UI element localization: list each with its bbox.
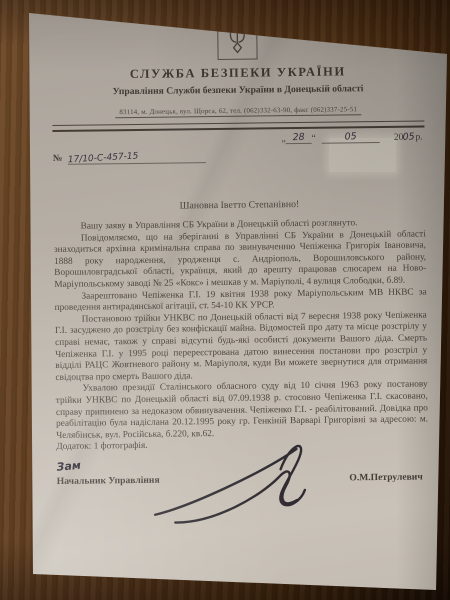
address-line: 83114, м. Донецьк, вул. Щорса, 62, тел. … <box>115 106 361 118</box>
year-suffix: р. <box>415 132 422 142</box>
handwritten-year: 05 <box>402 131 415 143</box>
letter-content: СЛУЖБА БЕЗПЕКИ УКРАЇНИ Управління Служби… <box>51 5 429 539</box>
signature-scrawl <box>148 435 309 529</box>
photo-wood-table-background: СЛУЖБА БЕЗПЕКИ УКРАЇНИ Управління Служби… <box>0 0 450 600</box>
document-paper: СЛУЖБА БЕЗПЕКИ УКРАЇНИ Управління Служби… <box>0 0 450 600</box>
department-name: Управління Служби безпеки України в Доне… <box>52 82 424 98</box>
signature-block: Зам Начальник Управління О.М.Петрулевич <box>57 465 430 540</box>
paragraph: Постановою трійки УНКВС по Донецькій обл… <box>55 310 428 384</box>
org-name: СЛУЖБА БЕЗПЕКИ УКРАЇНИ <box>52 63 424 83</box>
handwritten-month: 05 <box>345 131 358 143</box>
address-row: 83114, м. Донецьк, вул. Щорса, 62, тел. … <box>52 97 424 120</box>
tryzub-coat-of-arms-icon <box>217 11 258 59</box>
salutation: Шановна Іветто Степанівно! <box>53 197 425 213</box>
date-quote-close: “ <box>312 134 316 144</box>
handwritten-annotation: Зам <box>56 459 81 474</box>
letter-body: Вашу заяву в Управління СБ України в Дон… <box>54 217 429 453</box>
letterhead: СЛУЖБА БЕЗПЕКИ УКРАЇНИ Управління Служби… <box>51 9 424 132</box>
paragraph: Ухвалою президії Сталінського обласного … <box>56 380 429 443</box>
date-row: „ 28 “ 05 2005р. <box>53 130 425 147</box>
handwritten-number: 17/10-С-457-15 <box>68 151 139 165</box>
reference-number-row: № 17/10-С-457-15 <box>53 149 425 165</box>
number-field: 17/10-С-457-15 <box>68 152 206 165</box>
date-year-field: 2005р. <box>394 131 423 142</box>
date-month-field: 05 <box>322 131 380 144</box>
handwritten-day: 28 <box>292 132 305 144</box>
date-day-field: 28 <box>286 132 312 144</box>
signer-name: О.М.Петрулевич <box>349 471 423 483</box>
number-label: № <box>53 154 63 164</box>
signer-title: Начальник Управління <box>57 475 160 487</box>
paragraph: Повідомляємо, що на зберіганні в Управлі… <box>54 229 427 292</box>
